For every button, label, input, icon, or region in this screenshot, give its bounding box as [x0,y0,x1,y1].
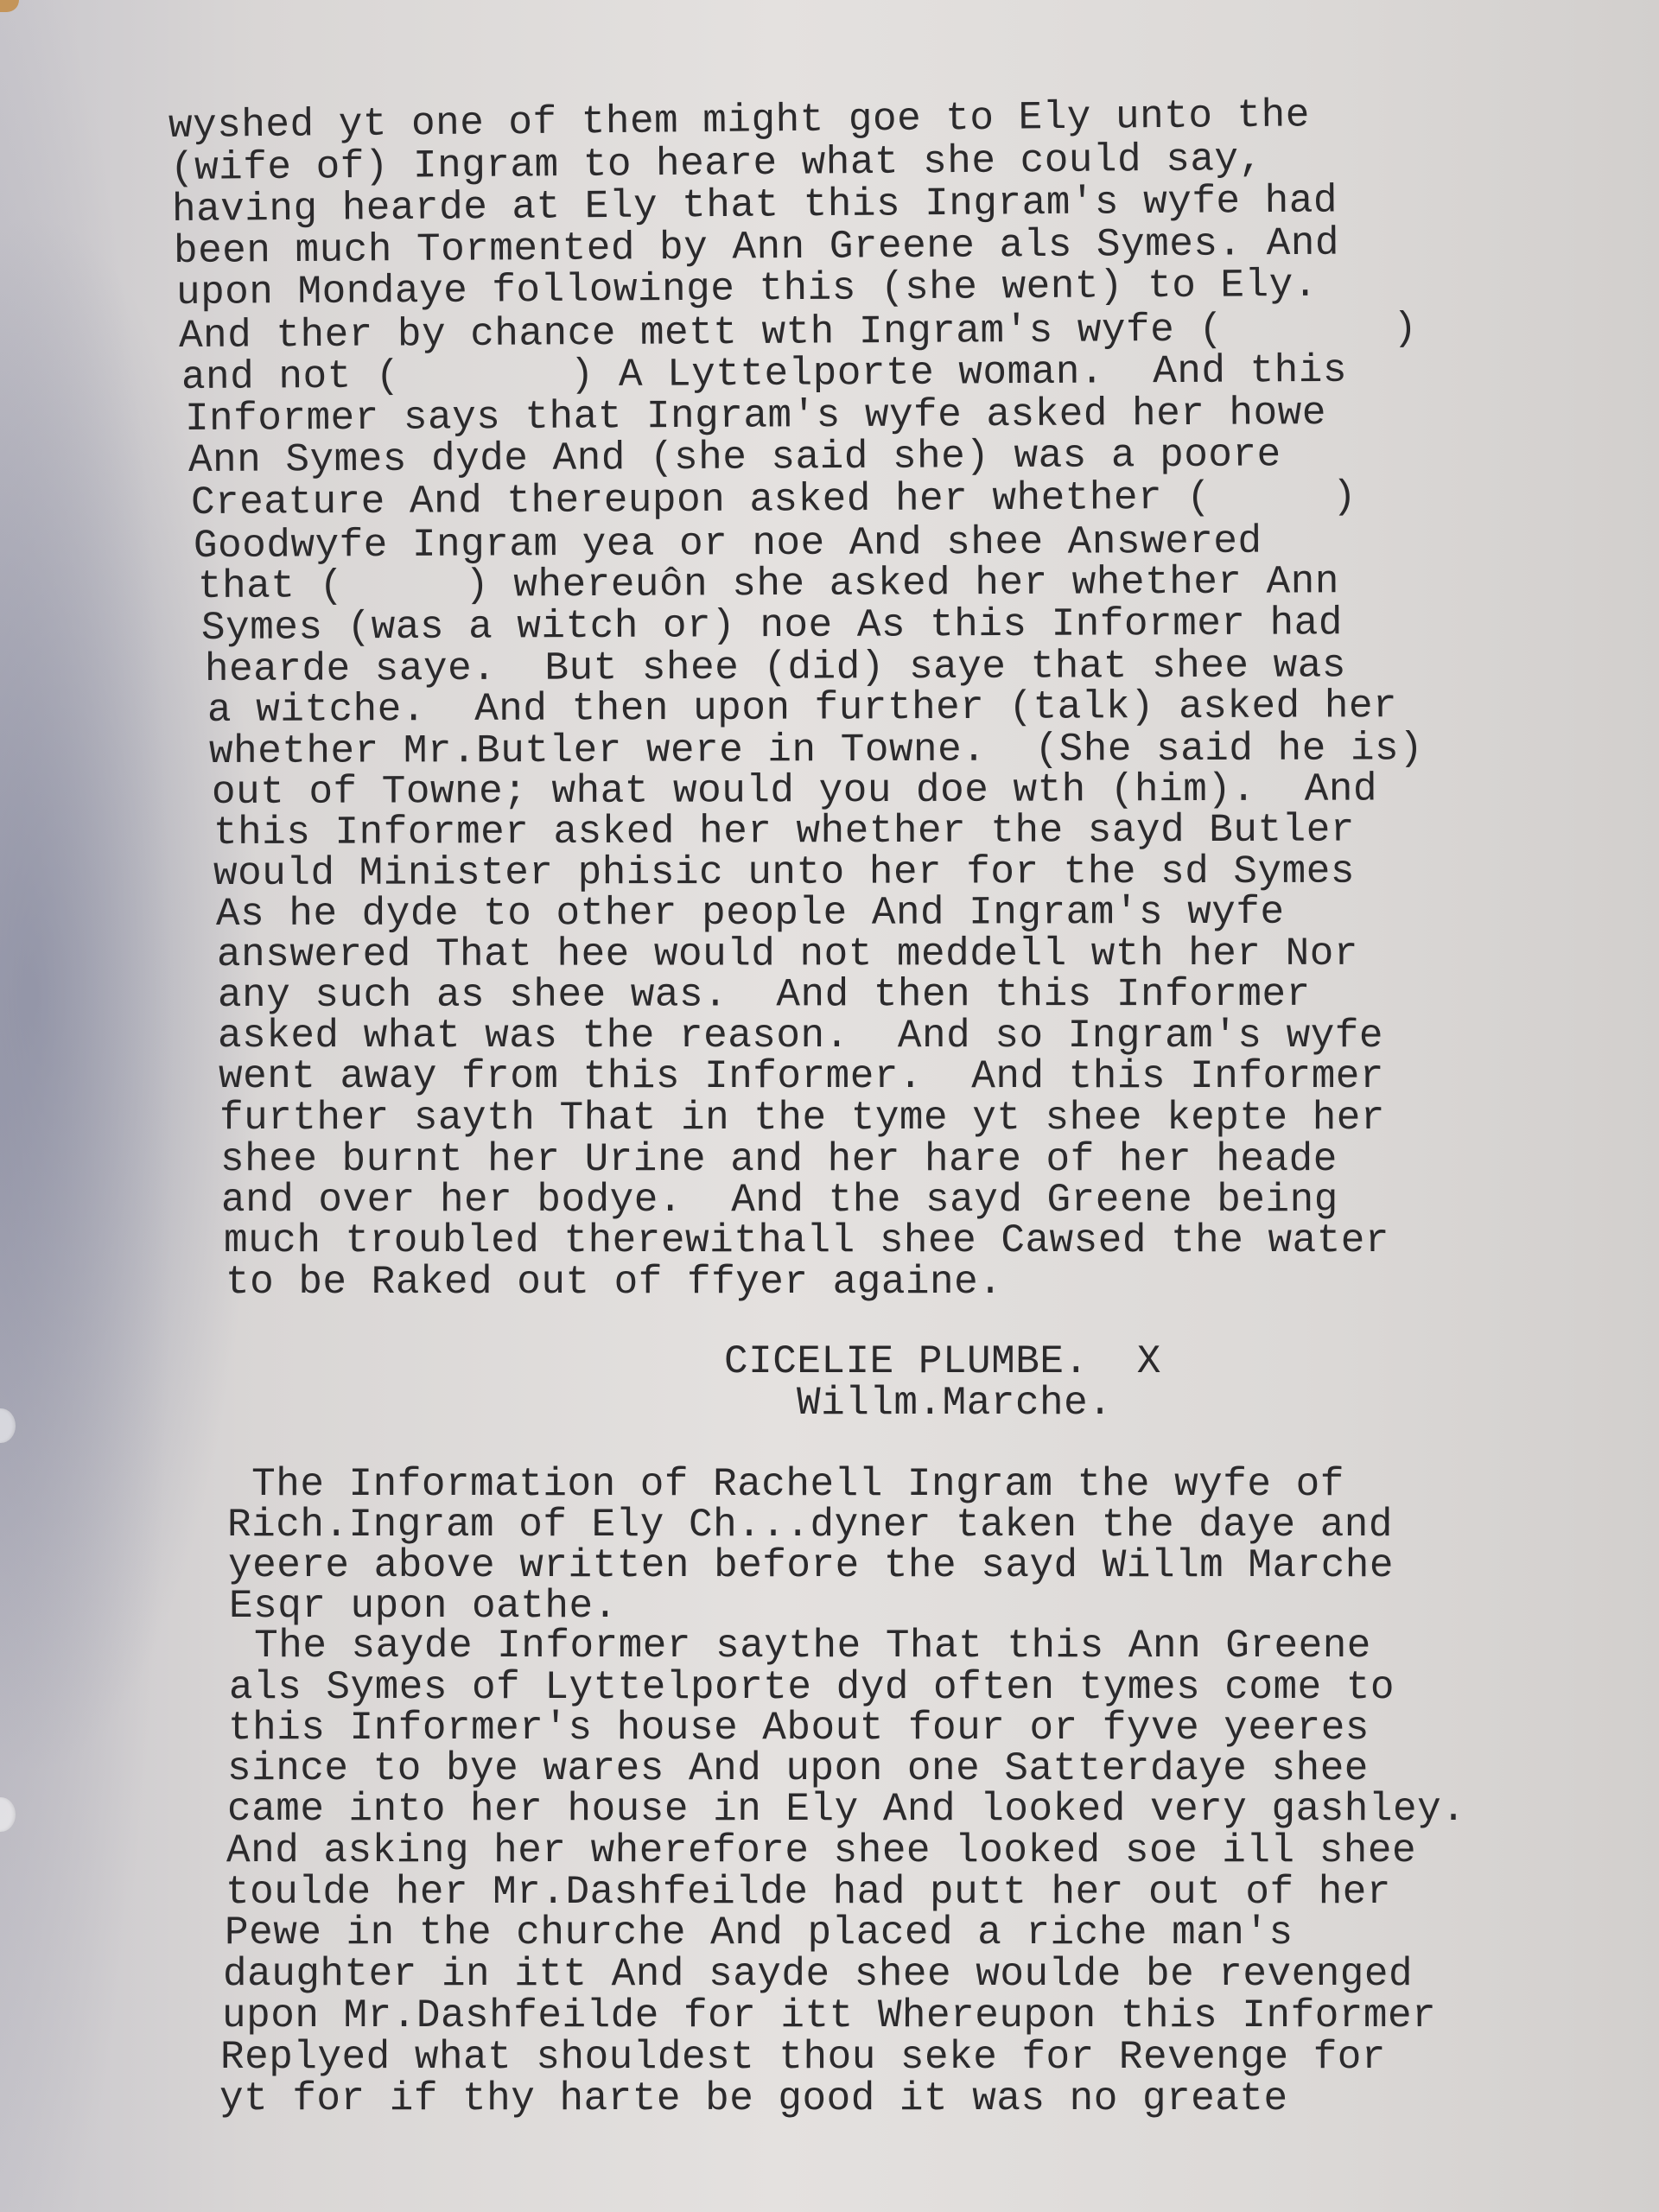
typed-line: answered That hee would not meddell wth … [217,933,1358,976]
typed-line: als Symes of Lyttelporte dyd often tymes… [229,1667,1395,1708]
typed-line: upon Mondaye followinge this (she went) … [176,264,1318,314]
typed-line: much troubled therewithall shee Cawsed t… [224,1220,1389,1262]
scanned-page: wyshed yt one of them might goe to Ely u… [0,0,1659,2212]
typed-line: any such as shee was. And then this Info… [218,974,1311,1016]
typed-line: yt for if thy harte be good it was no gr… [219,2078,1288,2120]
punch-hole [0,1797,16,1832]
typed-line: to be Raked out of ffyer againe. [226,1262,1002,1303]
typed-line: came into her house in Ely And looked ve… [227,1789,1465,1830]
typed-line: a witche. And then upon further (talk) a… [207,685,1397,731]
typed-line: upon Mr.Dashfeilde for itt Whereupon thi… [222,1995,1436,2037]
typed-line: As he dyde to other people And Ingram's … [216,892,1285,935]
typed-line: Replyed what shouldest thou seke for Rev… [220,2037,1386,2078]
typed-line: Symes (was a witch or) noe As this Infor… [201,602,1343,649]
punch-hole [0,1408,16,1443]
typed-line: shee burnt her Urine and her hare of her… [220,1139,1338,1180]
typed-line: Pewe in the churche And placed a riche m… [225,1912,1294,1954]
typed-line: Creature And thereupon asked her whether… [191,476,1357,524]
typed-line: whether Mr.Butler were in Towne. (She sa… [209,728,1423,772]
typed-line: The sayde Informer saythe That this Ann … [230,1625,1371,1667]
typed-line: The Information of Rachell Ingram the wy… [227,1464,1344,1505]
typed-line: Esqr upon oathe. [229,1586,618,1627]
typed-line: yeere above written before the sayd Will… [228,1545,1394,1586]
typed-line: out of Towne; what would you doe wth (hi… [212,768,1377,813]
typed-line: toulde her Mr.Dashfeilde had putt her ou… [226,1872,1391,1913]
typed-line: this Informer's house About four or fyve… [228,1707,1370,1749]
typed-line: went away from this Informer. And this I… [219,1056,1384,1097]
typed-line: that ( ) whereuôn she asked her whether … [198,561,1339,607]
justice-signature: Willm.Marche. [797,1382,1112,1424]
typed-line: Rich.Ingram of Ely Ch...dyner taken the … [227,1504,1393,1546]
typed-line: And asking her wherefore shee looked soe… [226,1830,1416,1872]
typed-line: would Minister phisic unto her for the s… [213,851,1355,894]
typed-line: since to bye wares And upon one Satterda… [227,1748,1369,1789]
typed-line: daughter in itt And sayde shee woulde be… [223,1954,1413,1995]
typed-line: asked what was the reason. And so Ingram… [218,1015,1383,1057]
typed-line: Ann Symes dyde And (she said she) was a … [188,434,1281,481]
deponent-signature: CICELIE PLUMBE. X [724,1341,1161,1382]
typed-line: further sayth That in the tyme yt shee k… [219,1097,1385,1139]
corner-stain [0,0,19,12]
typed-line: and over her bodye. And the sayd Greene … [221,1179,1338,1221]
typed-line: this Informer asked her whether the sayd… [213,810,1355,854]
